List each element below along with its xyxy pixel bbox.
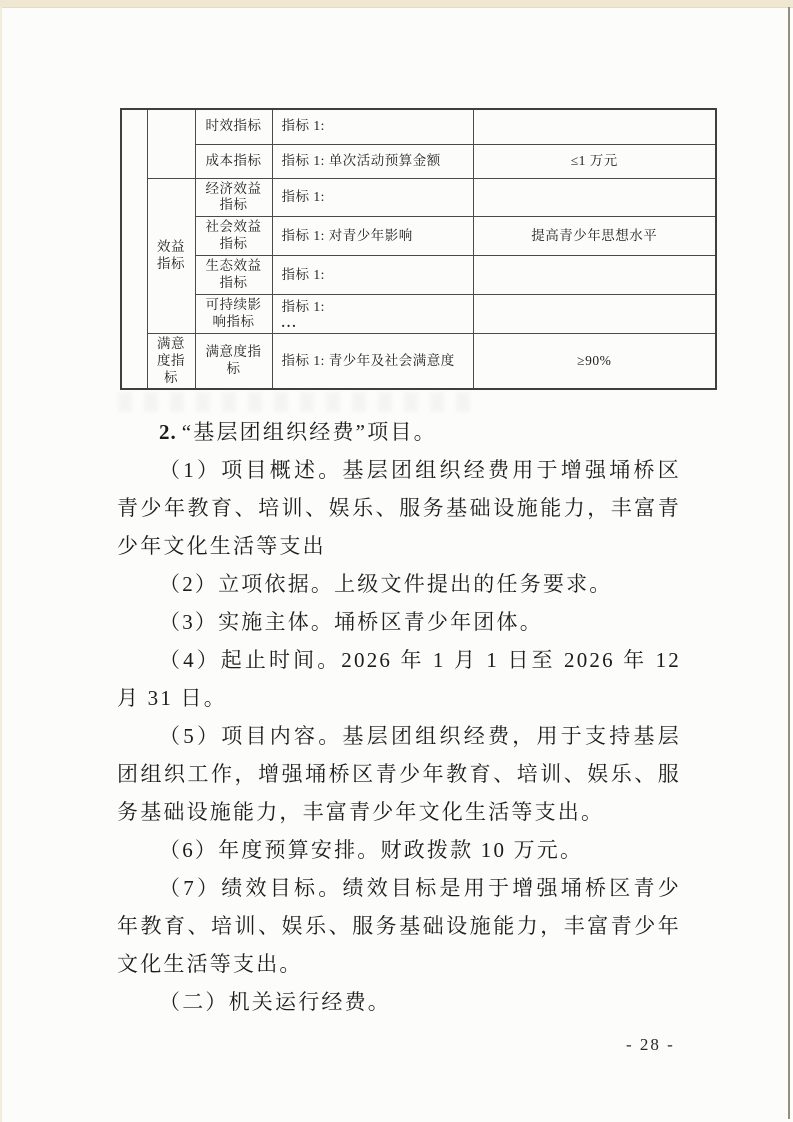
paragraph-budget: （6）年度预算安排。财政拨款 10 万元。	[117, 831, 681, 869]
page-number: - 28 -	[626, 1035, 675, 1055]
performance-indicators-table: 时效指标 指标 1: 成本指标 指标 1: 单次活动预算金额 ≤1 万元 效益指…	[120, 108, 717, 390]
table-row: 可持续影响指标 指标 1: ...	[121, 295, 716, 334]
page-edge-right	[788, 7, 790, 1119]
cell-group-continuation	[121, 109, 147, 389]
cell-category-benefit: 效益指标	[147, 178, 195, 333]
paragraph-implementer: （3）实施主体。埇桥区青少年团体。	[117, 603, 681, 641]
table-row: 成本指标 指标 1: 单次活动预算金额 ≤1 万元	[121, 144, 716, 178]
section-heading-number: 2.	[159, 420, 177, 444]
table-row: 效益指标 经济效益指标 指标 1:	[121, 178, 716, 217]
table-row: 满意度指标 满意度指标 指标 1: 青少年及社会满意度 ≥90%	[121, 333, 716, 389]
cell-indicator-detail: 指标 1: ...	[272, 295, 473, 334]
paragraph-agency-operating-expense: （二）机关运行经费。	[117, 983, 681, 1021]
cell-indicator-value	[473, 178, 716, 217]
cell-indicator-value	[473, 295, 716, 334]
paragraph-content: （5）项目内容。基层团组织经费，用于支持基层团组织工作，增强埇桥区青少年教育、培…	[117, 717, 681, 831]
cell-indicator-name: 时效指标	[195, 109, 272, 144]
table-row: 生态效益指标 指标 1:	[121, 256, 716, 295]
cell-indicator-detail: 指标 1: 单次活动预算金额	[272, 144, 473, 178]
table-row: 时效指标 指标 1:	[121, 109, 716, 144]
document-body: 2.“基层团组织经费”项目。 （1）项目概述。基层团组织经费用于增强埇桥区青少年…	[117, 413, 681, 1021]
paragraph-duration: （4）起止时间。2026 年 1 月 1 日至 2026 年 12 月 31 日…	[117, 641, 681, 717]
document-page: 时效指标 指标 1: 成本指标 指标 1: 单次活动预算金额 ≤1 万元 效益指…	[0, 0, 793, 1122]
section-heading-text: “基层团组织经费”项目。	[182, 420, 437, 444]
bleed-through-artifact	[118, 392, 478, 412]
table-row: 社会效益指标 指标 1: 对青少年影响 提高青少年思想水平	[121, 217, 716, 256]
cell-indicator-name: 生态效益指标	[195, 256, 272, 295]
page-edge-left	[0, 7, 2, 1122]
cell-indicator-detail: 指标 1: 青少年及社会满意度	[272, 333, 473, 389]
cell-indicator-value	[473, 256, 716, 295]
cell-indicator-detail: 指标 1: 对青少年影响	[272, 217, 473, 256]
cell-category-continuation	[147, 109, 195, 178]
indicator-ellipsis: ...	[282, 316, 469, 330]
paragraph-basis: （2）立项依据。上级文件提出的任务要求。	[117, 565, 681, 603]
cell-indicator-name: 可持续影响指标	[195, 295, 272, 334]
section-heading: 2.“基层团组织经费”项目。	[117, 413, 681, 451]
cell-indicator-name: 社会效益指标	[195, 217, 272, 256]
indicator-line: 指标 1:	[282, 299, 469, 316]
cell-indicator-value: 提高青少年思想水平	[473, 217, 716, 256]
cell-indicator-detail: 指标 1:	[272, 256, 473, 295]
cell-indicator-detail: 指标 1:	[272, 109, 473, 144]
cell-indicator-value: ≤1 万元	[473, 144, 716, 178]
cell-indicator-value	[473, 109, 716, 144]
paragraph-performance-goal: （7）绩效目标。绩效目标是用于增强埇桥区青少年教育、培训、娱乐、服务基础设施能力…	[117, 869, 681, 983]
paragraph-overview: （1）项目概述。基层团组织经费用于增强埇桥区青少年教育、培训、娱乐、服务基础设施…	[117, 451, 681, 565]
cell-indicator-name: 成本指标	[195, 144, 272, 178]
cell-indicator-value: ≥90%	[473, 333, 716, 389]
cell-category-satisfaction: 满意度指标	[147, 333, 195, 389]
cell-indicator-name: 经济效益指标	[195, 178, 272, 217]
cell-indicator-name: 满意度指标	[195, 333, 272, 389]
page-edge-top	[0, 0, 793, 7]
page-edge-top-shadow	[0, 7, 793, 8]
cell-indicator-detail: 指标 1:	[272, 178, 473, 217]
